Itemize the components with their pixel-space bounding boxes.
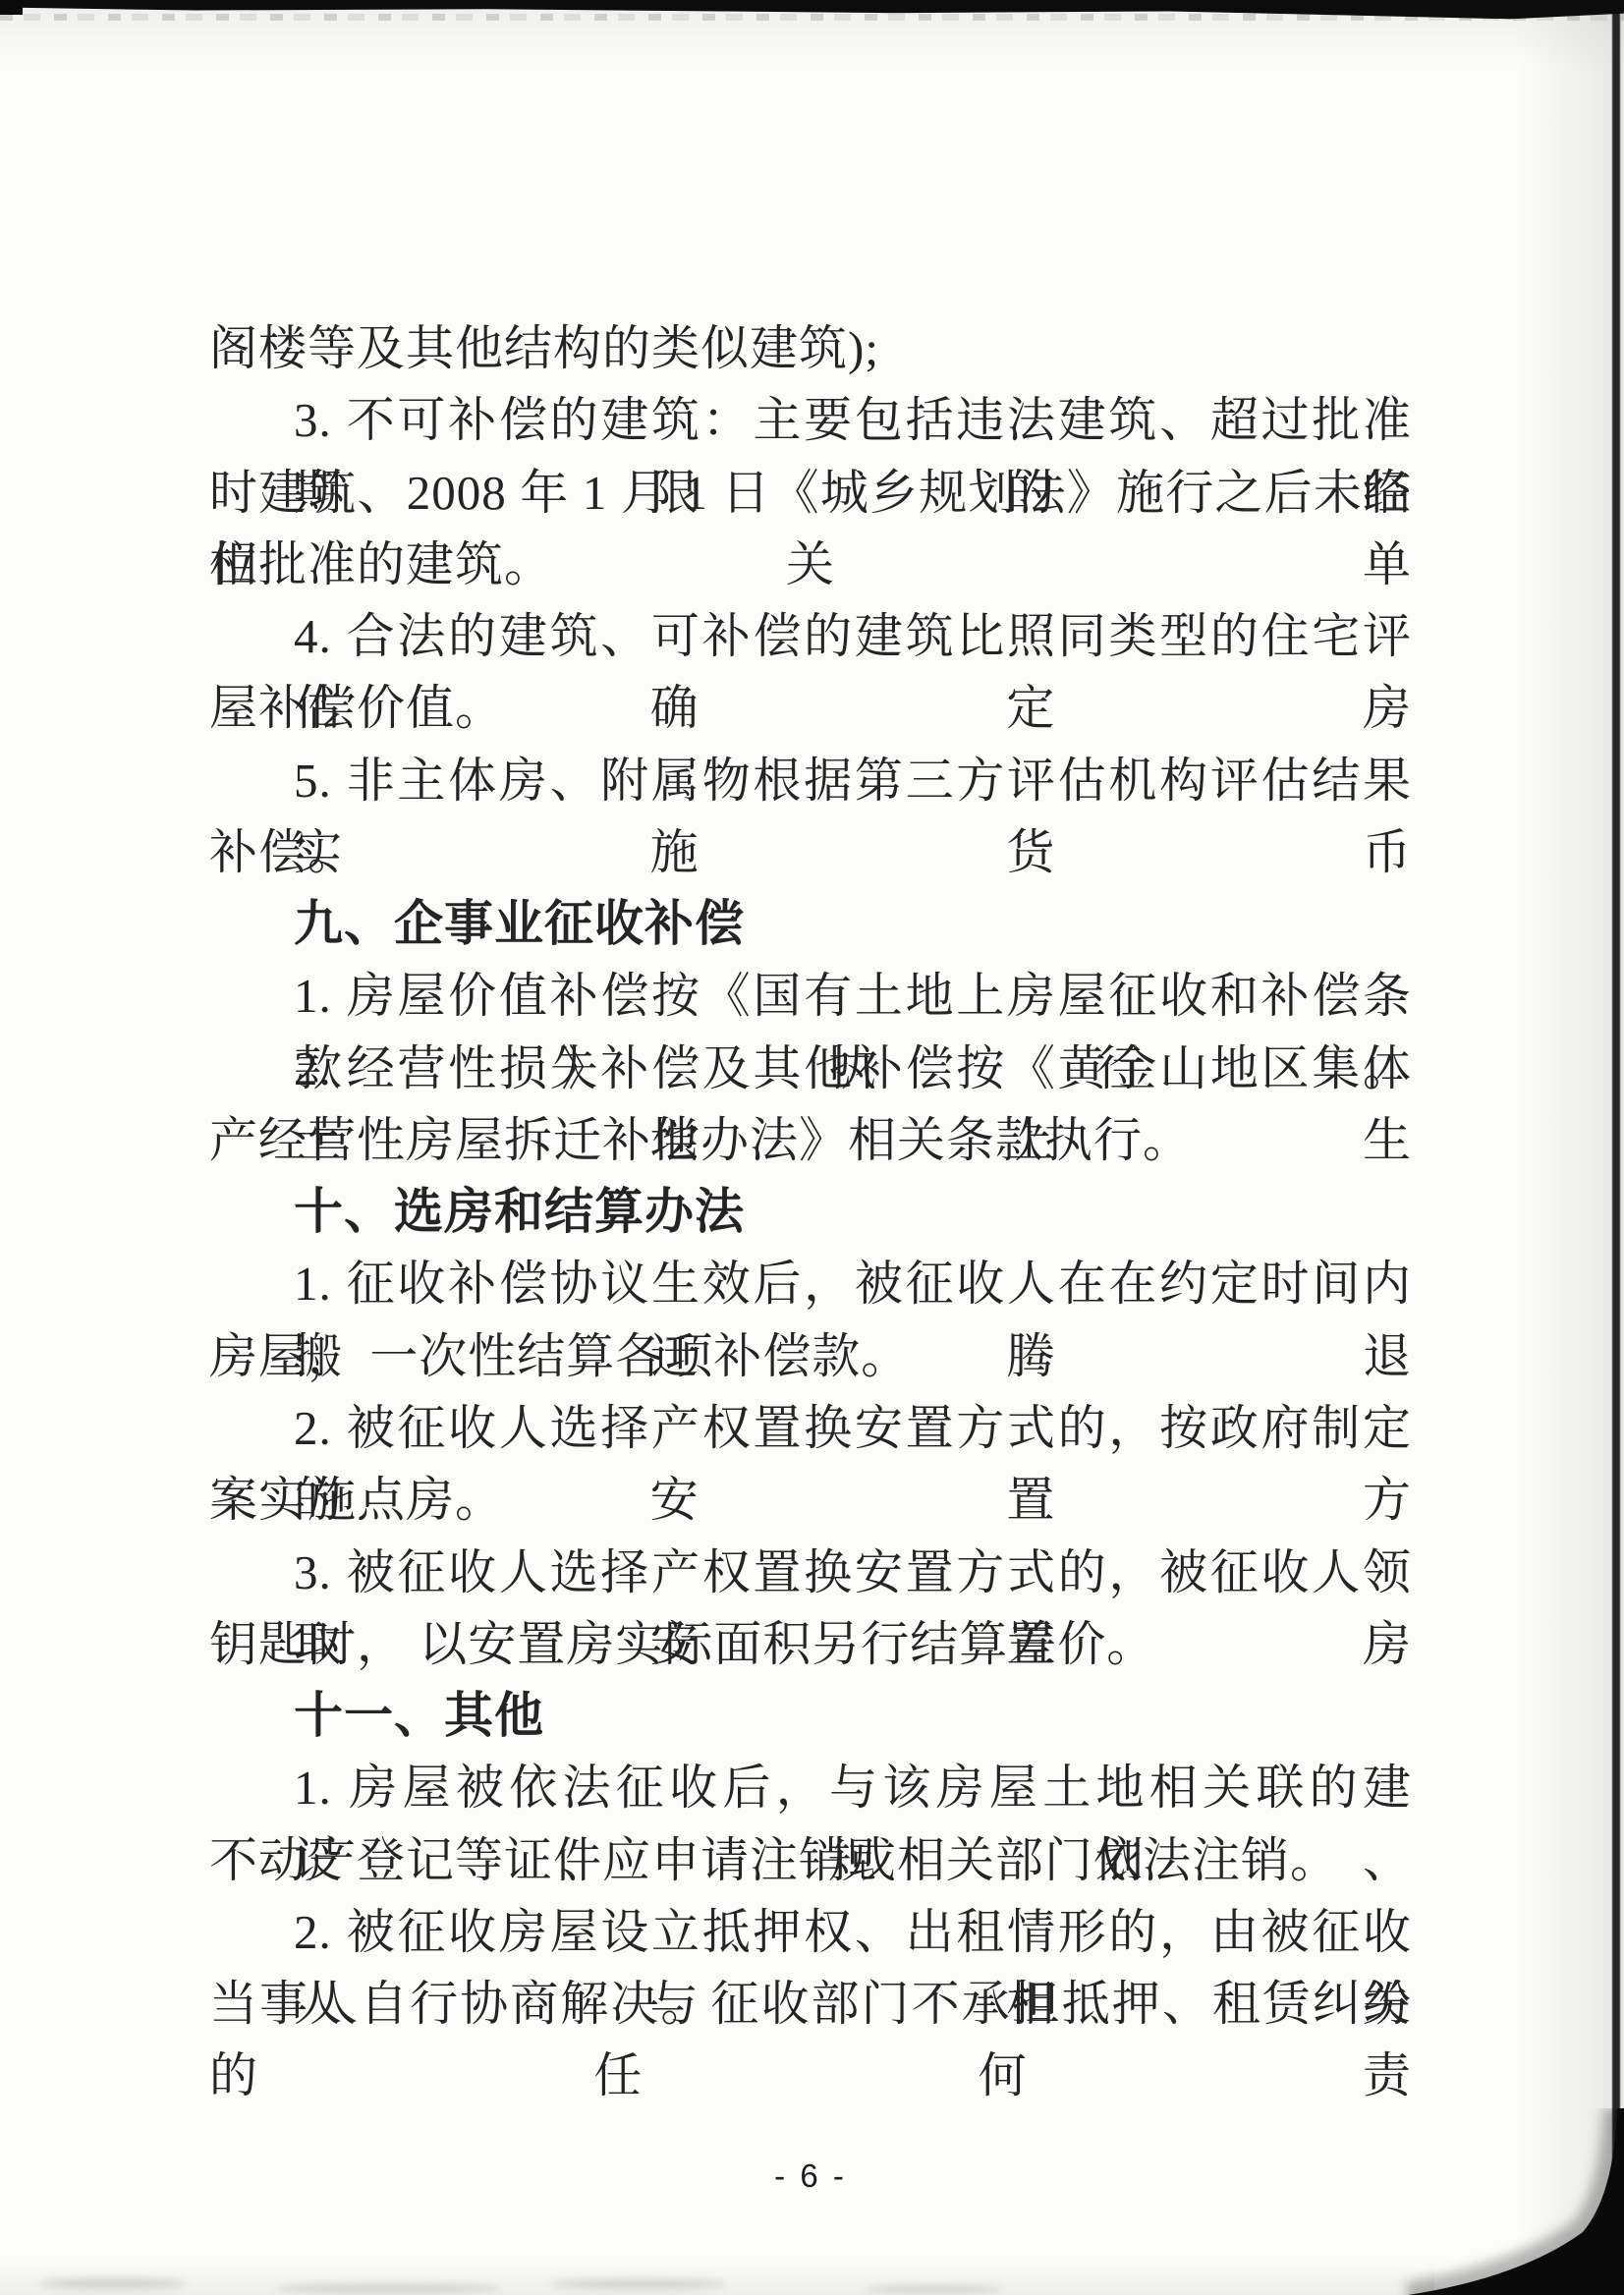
scan-smudge-artifact: [275, 2283, 501, 2293]
text-line: 1. 征收补偿协议生效后，被征收人在在约定时间内搬迁腾退: [209, 1248, 1412, 1319]
text-line: 4. 合法的建筑、可补偿的建筑比照同类型的住宅评估确定房: [209, 600, 1412, 672]
page-number: - 6 -: [209, 2157, 1412, 2195]
text-line: 3. 不可补偿的建筑：主要包括违法建筑、超过批准期限的临: [209, 384, 1412, 456]
scan-smudge-artifact: [865, 2285, 1002, 2293]
section-heading: 九、企事业征收补偿: [209, 888, 1412, 960]
scan-bottom-shadow: [0, 2260, 1434, 2295]
section-heading: 十一、其他: [209, 1680, 1412, 1752]
scan-right-shadow: [1516, 0, 1624, 2295]
text-line: 1. 房屋被依法征收后，与该房屋土地相关联的建设、规划、: [209, 1752, 1412, 1823]
text-line: 2. 被征收房屋设立抵押权、出租情形的，由被征收人与相关: [209, 1896, 1412, 1968]
scan-smudge-artifact: [39, 2277, 187, 2289]
scan-page-curl-corner-artifact: [1329, 2108, 1624, 2295]
section-heading: 十、选房和结算办法: [209, 1176, 1412, 1248]
text-line: 5. 非主体房、附属物根据第三方评估机构评估结果实施货币: [209, 745, 1412, 816]
document-body: 阁楼等及其他结构的类似建筑);3. 不可补偿的建筑：主要包括违法建筑、超过批准期…: [209, 312, 1412, 2040]
scan-smudge-artifact: [550, 2278, 727, 2289]
scanned-document-page: 阁楼等及其他结构的类似建筑);3. 不可补偿的建筑：主要包括违法建筑、超过批准期…: [0, 0, 1624, 2295]
text-line: 2. 被征收人选择产权置换安置方式的，按政府制定的安置方: [209, 1392, 1412, 1464]
text-line: 当事人自行协商解决。征收部门不承担抵押、租赁纠纷的任何责: [209, 1968, 1412, 2040]
text-line: 时建筑、2008 年 1 月 1 日《城乡规划法》施行之后未经相关单: [209, 457, 1412, 529]
text-line: 阁楼等及其他结构的类似建筑);: [209, 312, 1412, 384]
text-line: 2. 经营性损失补偿及其他补偿按《黄金山地区集体土地上生: [209, 1033, 1412, 1104]
scan-right-edge-artifact: [1612, 5, 1620, 2295]
text-line: 3. 被征收人选择产权置换安置方式的，被征收人领取安置房: [209, 1537, 1412, 1608]
text-line: 1. 房屋价值补偿按《国有土地上房屋征收和补偿条款》执行。: [209, 960, 1412, 1032]
text-line: 不动产登记等证件应申请注销或相关部门依法注销。: [209, 1824, 1412, 1896]
scan-top-left-chip-artifact: [0, 0, 23, 15]
